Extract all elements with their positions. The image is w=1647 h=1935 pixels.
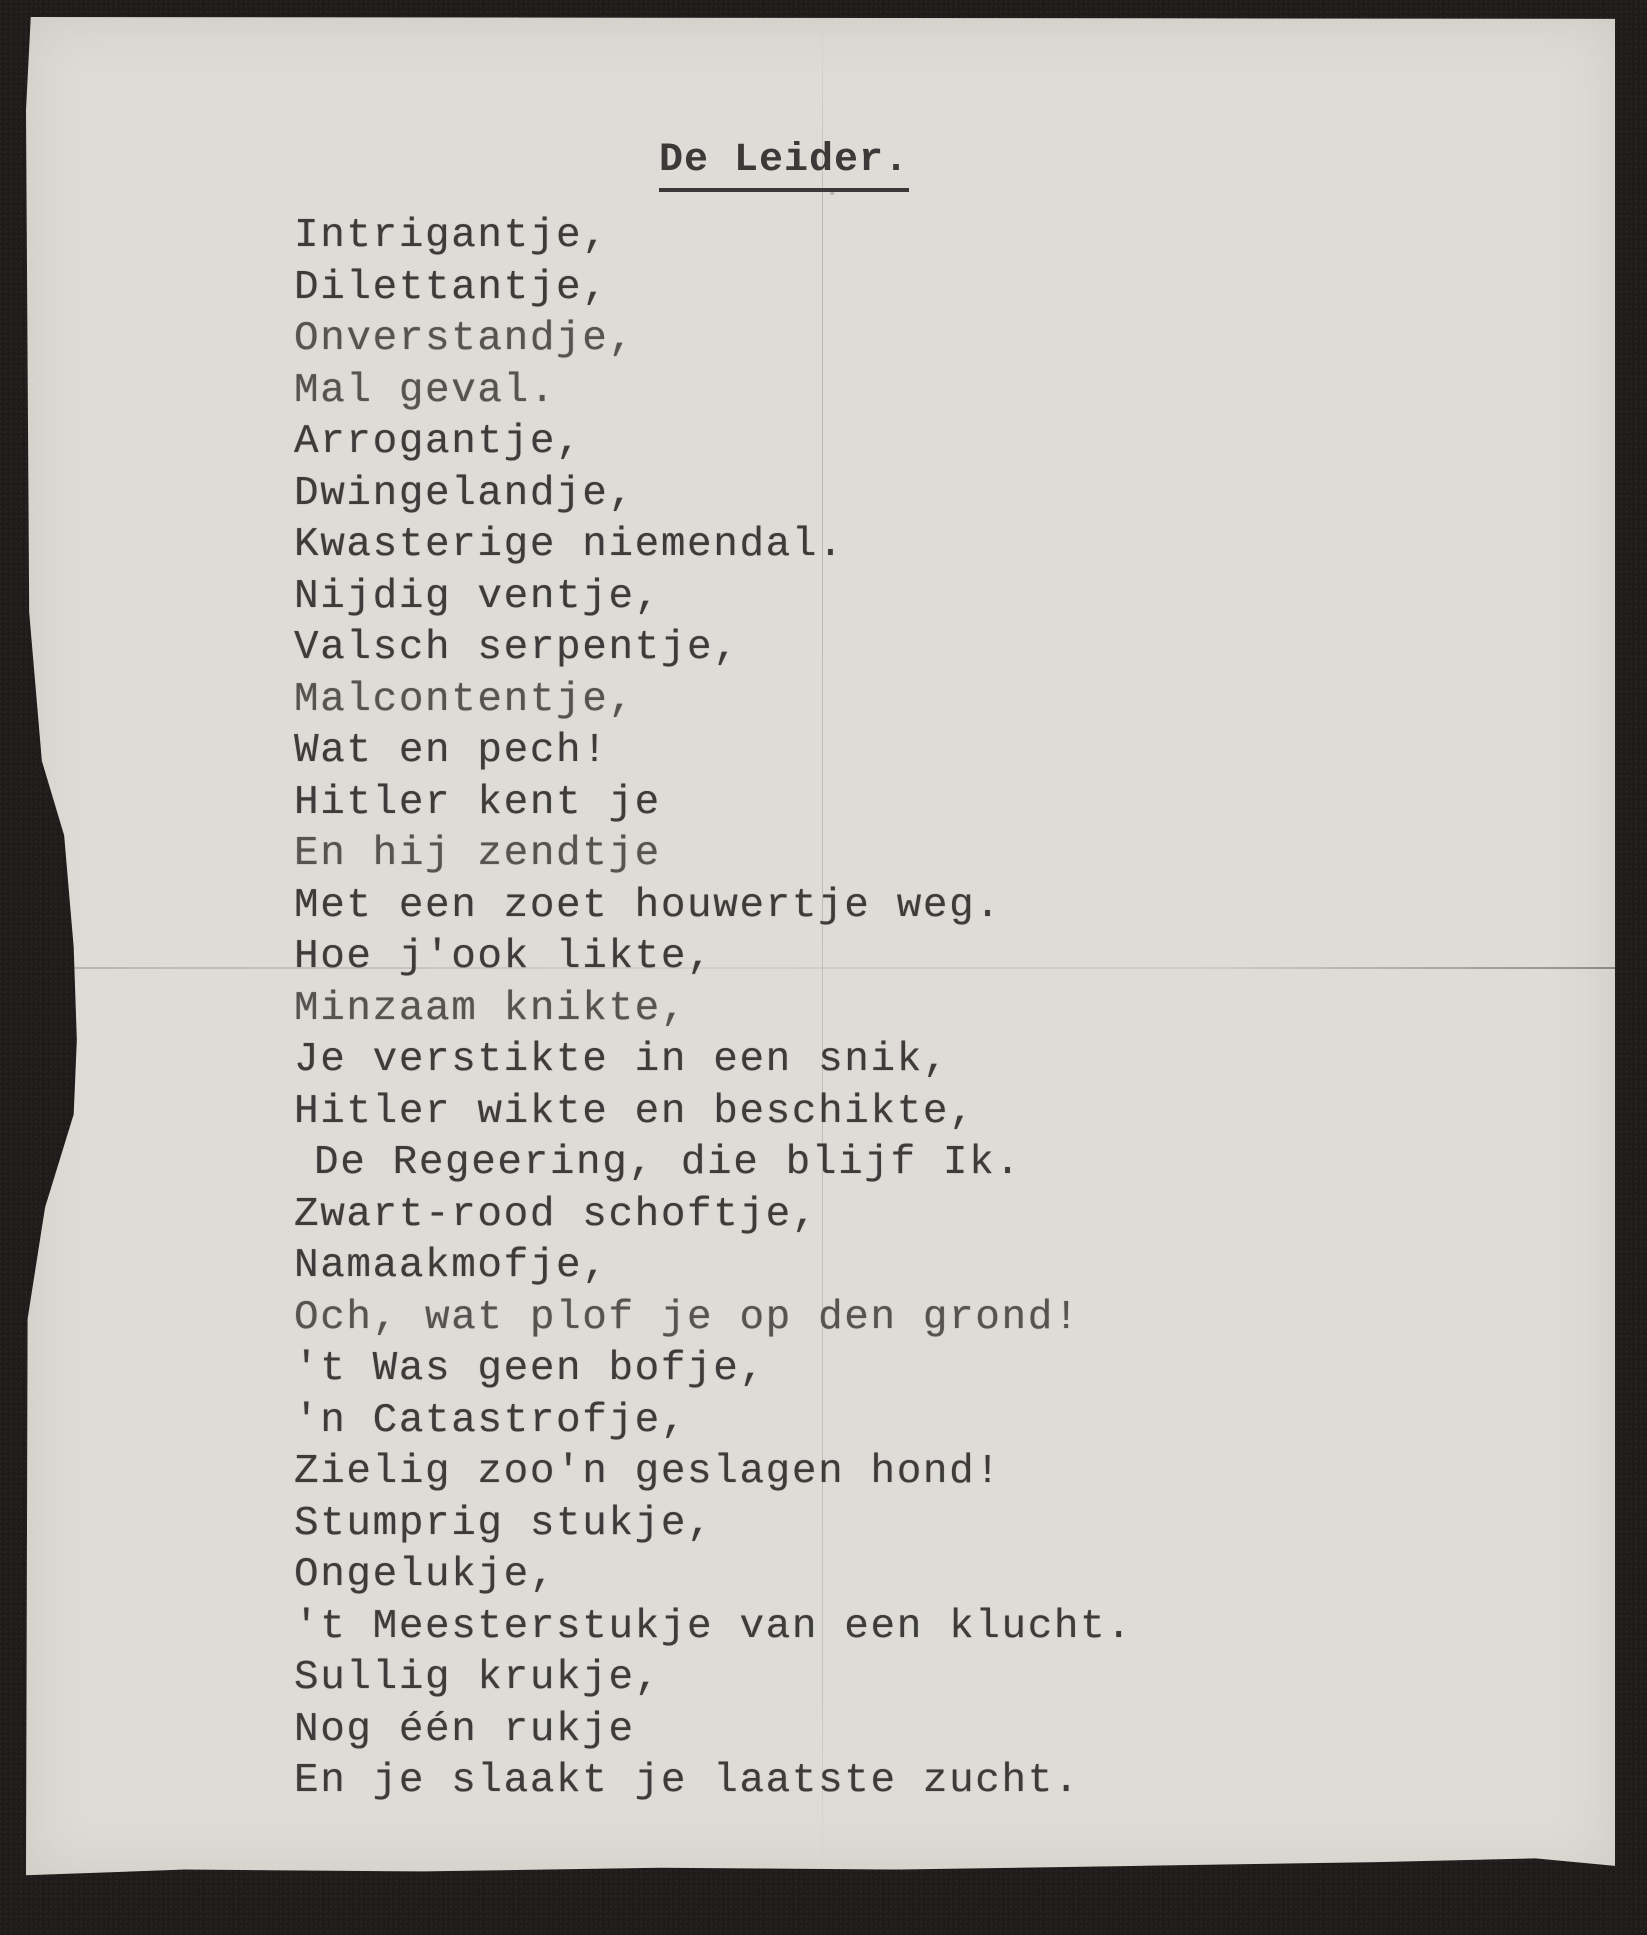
poem-line: Onverstandje, xyxy=(294,314,1133,366)
poem-line: Intrigantje, xyxy=(294,211,1133,263)
poem-line: Hitler wikte en beschikte, xyxy=(294,1087,1133,1139)
poem-line: Dwingelandje, xyxy=(294,469,1133,521)
poem-line: Je verstikte in een snik, xyxy=(294,1035,1133,1087)
poem-line: Sullig krukje, xyxy=(294,1653,1133,1705)
poem-line: Dilettantje, xyxy=(294,263,1133,315)
poem-line: Minzaam knikte, xyxy=(294,984,1133,1036)
poem-line: Met een zoet houwertje weg. xyxy=(294,881,1133,933)
poem-line: Nog één rukje xyxy=(294,1705,1133,1757)
poem-line: 't Meesterstukje van een klucht. xyxy=(294,1602,1133,1654)
poem-line: 'n Catastrofje, xyxy=(294,1396,1133,1448)
poem-line: De Regeering, die blijf Ik. xyxy=(294,1138,1133,1190)
poem-line: Och, wat plof je op den grond! xyxy=(294,1293,1133,1345)
poem-line: Namaakmofje, xyxy=(294,1241,1133,1293)
poem-line: Zielig zoo'n geslagen hond! xyxy=(294,1447,1133,1499)
poem-line: En hij zendtje xyxy=(294,829,1133,881)
poem-line: Malcontentje, xyxy=(294,675,1133,727)
poem-line: Wat en pech! xyxy=(294,726,1133,778)
poem-line: Kwasterige niemendal. xyxy=(294,520,1133,572)
poem-body: Intrigantje, Dilettantje, Onverstandje, … xyxy=(294,211,1133,1808)
poem-line: Nijdig ventje, xyxy=(294,572,1133,624)
poem-line: Arrogantje, xyxy=(294,417,1133,469)
poem-line: 't Was geen bofje, xyxy=(294,1344,1133,1396)
poem-title: De Leider. xyxy=(659,141,909,192)
poem-line: Ongelukje, xyxy=(294,1550,1133,1602)
poem-line: Zwart-rood schoftje, xyxy=(294,1190,1133,1242)
typewritten-page: · De Leider. Intrigantje, Dilettantje, O… xyxy=(26,17,1615,1877)
poem-line: Hitler kent je xyxy=(294,778,1133,830)
poem-line: Hoe j'ook likte, xyxy=(294,932,1133,984)
poem-line: En je slaakt je laatste zucht. xyxy=(294,1756,1133,1808)
poem-line: Mal geval. xyxy=(294,366,1133,418)
poem-line: Valsch serpentje, xyxy=(294,623,1133,675)
poem-line: Stumprig stukje, xyxy=(294,1499,1133,1551)
